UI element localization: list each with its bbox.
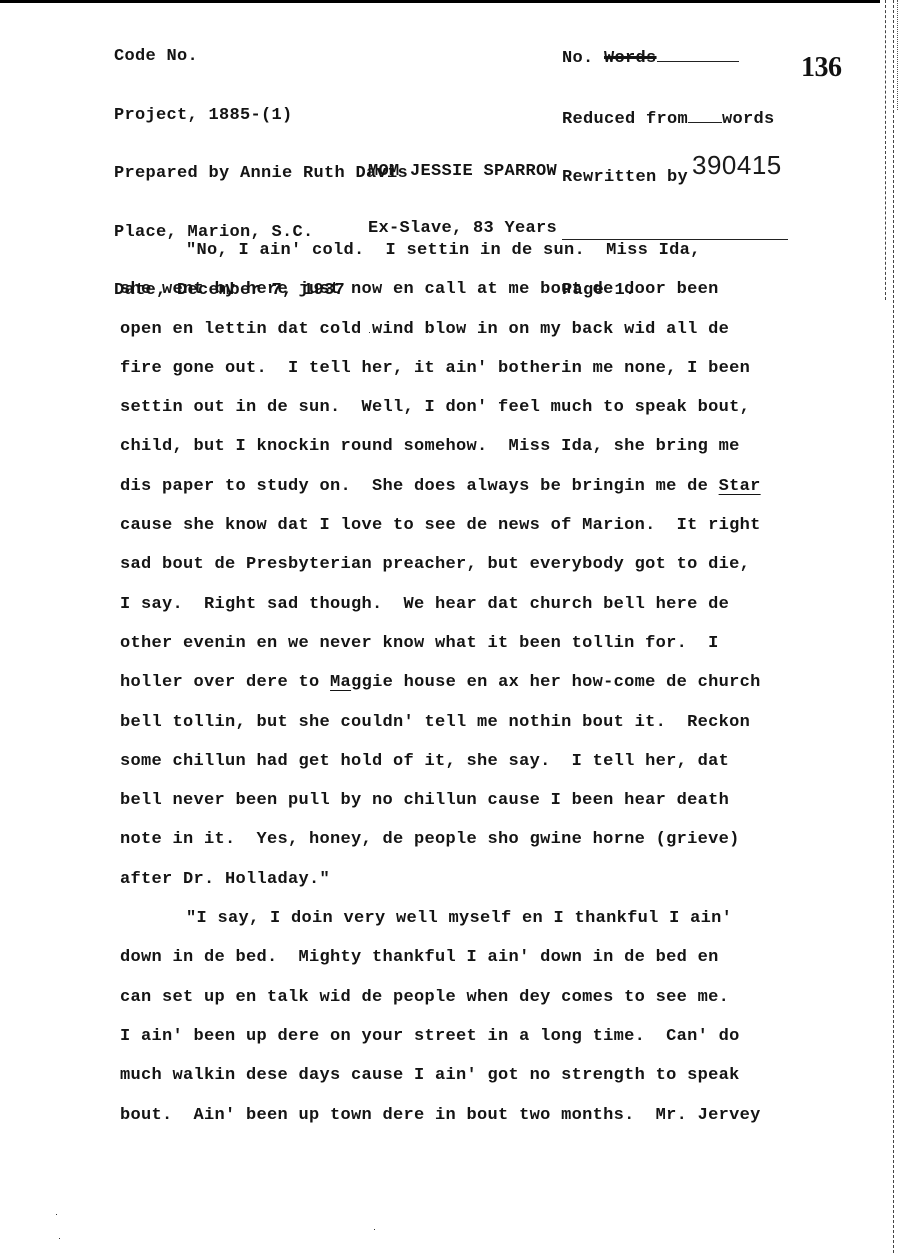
narrative-line: cause she know dat I love to see de news… [120, 511, 840, 550]
narrative-line: down in de bed. Mighty thankful I ain' d… [120, 943, 840, 982]
narrative-line: after Dr. Holladay." [120, 865, 840, 904]
scan-right-edge [885, 0, 887, 300]
prepared-by: Prepared by Annie Ruth Davis [114, 164, 408, 184]
narrative-body: "No, I ain' cold. I settin in de sun. Mi… [120, 236, 840, 1140]
reduced-from-line: Reduced fromwords [562, 108, 788, 130]
narrative-line: bout. Ain' been up town dere in bout two… [120, 1101, 840, 1140]
underlined-word: Star [719, 477, 761, 496]
page-stamp: 136 [801, 52, 842, 84]
document-page: Code No. Project, 1885-(1) Prepared by A… [0, 0, 900, 1253]
narrative-line: child, but I knockin round somehow. Miss… [120, 432, 840, 471]
scan-speck [56, 1214, 57, 1215]
subject-name: MOM JESSIE SPARROW [368, 162, 557, 181]
narrative-line: open en lettin dat cold wind blow in on … [120, 315, 840, 354]
narrative-line: note in it. Yes, honey, de people sho gw… [120, 825, 840, 864]
accession-number: 390415 [692, 150, 782, 181]
narrative-line: settin out in de sun. Well, I don' feel … [120, 393, 840, 432]
narrative-line: "No, I ain' cold. I settin in de sun. Mi… [120, 236, 840, 275]
reduced-from-label: Reduced from [562, 110, 688, 129]
reduced-from-blank [688, 108, 722, 123]
scan-speck [59, 1238, 60, 1239]
narrative-line: "I say, I doin very well myself en I tha… [120, 904, 840, 943]
words-label: words [722, 110, 775, 129]
code-no: Code No. [114, 47, 408, 67]
narrative-line: bell tollin, but she couldn' tell me not… [120, 708, 840, 747]
narrative-line: some chillun had get hold of it, she say… [120, 747, 840, 786]
scan-speck [369, 332, 370, 333]
no-label: No. [562, 49, 604, 68]
underlined-word: Ma [330, 673, 351, 692]
narrative-line: she went by here just now en call at me … [120, 275, 840, 314]
word-count-blank [657, 47, 739, 62]
narrative-line: other evenin en we never know what it be… [120, 629, 840, 668]
narrative-line: can set up en talk wid de people when de… [120, 983, 840, 1022]
scan-speck [374, 1229, 375, 1230]
words-struck: Words [604, 49, 657, 68]
scan-right-edge [897, 0, 899, 110]
scan-top-edge [0, 0, 880, 3]
narrative-line: much walkin dese days cause I ain' got n… [120, 1061, 840, 1100]
narrative-line: sad bout de Presbyterian preacher, but e… [120, 550, 840, 589]
narrative-line: I say. Right sad though. We hear dat chu… [120, 590, 840, 629]
scan-right-edge [893, 0, 895, 1253]
word-count-line: No. Words [562, 47, 788, 69]
narrative-line: holler over dere to Maggie house en ax h… [120, 668, 840, 707]
narrative-line: fire gone out. I tell her, it ain' bothe… [120, 354, 840, 393]
narrative-line: bell never been pull by no chillun cause… [120, 786, 840, 825]
narrative-line: dis paper to study on. She does always b… [120, 472, 840, 511]
narrative-line: I ain' been up dere on your street in a … [120, 1022, 840, 1061]
project: Project, 1885-(1) [114, 106, 408, 126]
